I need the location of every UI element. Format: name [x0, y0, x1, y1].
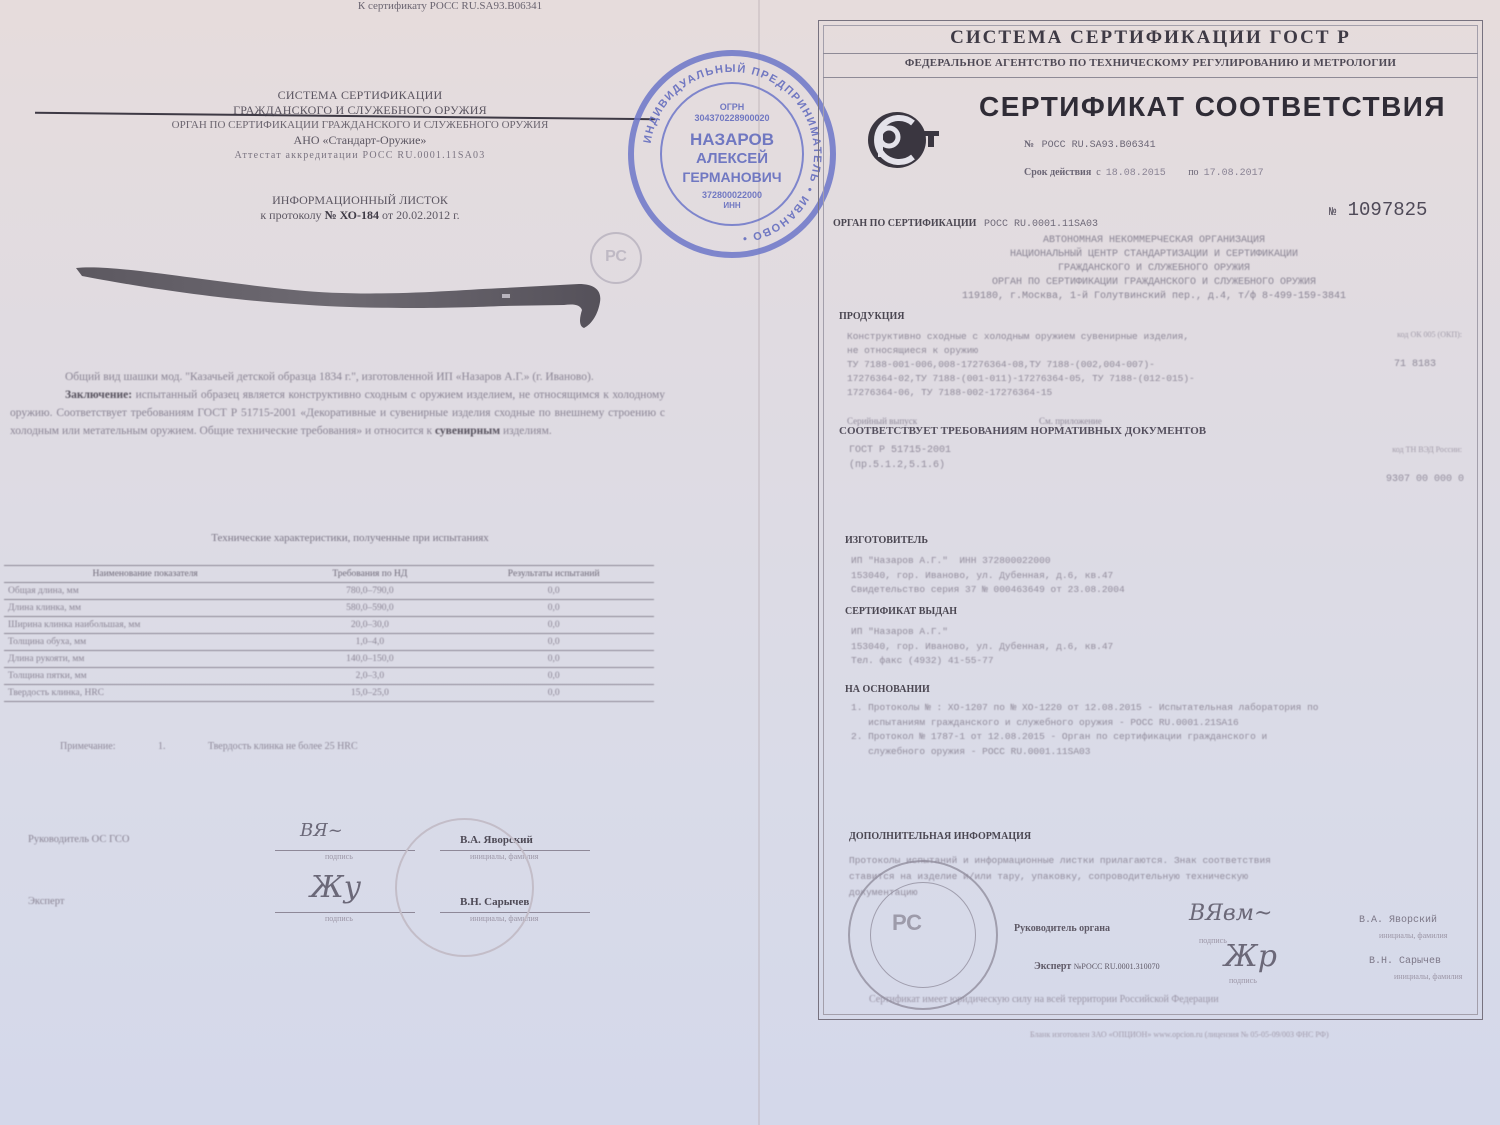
okp-value: 71 8183: [1394, 359, 1436, 370]
table-cell: 780,0–790,0: [286, 583, 453, 600]
rst-logo-icon: [867, 111, 947, 169]
head-sign-sub: подпись: [325, 852, 353, 861]
table-cell: 0,0: [453, 668, 654, 685]
basis-details: 1. Протоколы № : ХО-1207 по № ХО-1220 от…: [851, 701, 1318, 759]
product-line-5: 17276364-06, ТУ 7188-002-17276364-15: [847, 386, 1467, 400]
manufacturer-details: ИП "Назаров А.Г." ИНН 372800022000153040…: [851, 554, 1125, 598]
table-cell: 0,0: [453, 617, 654, 634]
cert-number-label: №: [1024, 139, 1034, 150]
issued-details: ИП "Назаров А.Г."153040, гор. Иваново, у…: [851, 625, 1113, 669]
header-line-5: Аттестат аккредитации РОСС RU.0001.11SA0…: [150, 148, 570, 163]
head-sign-label: Руководитель ОС ГСО: [28, 834, 129, 845]
organ-round-stamp: РС: [848, 860, 998, 1010]
basis-line-1: 1. Протоколы № : ХО-1207 по № ХО-1220 от…: [851, 701, 1318, 716]
seal-name-3: ГЕРМАНОВИЧ: [634, 169, 830, 185]
basis-line-4: служебного оружия - РОСС RU.0001.11SA03: [851, 745, 1318, 760]
expert-label-text: Эксперт: [1034, 961, 1071, 972]
expert-label-cert: Эксперт №РОСС RU.0001.310070: [1034, 961, 1160, 972]
table-row: Ширина клинка наибольшая, мм20,0–30,00,0: [4, 617, 654, 634]
seal-inn-label: ИНН: [634, 201, 830, 210]
valid-from: 18.08.2015: [1106, 168, 1166, 179]
table-cell: 0,0: [453, 600, 654, 617]
organ-line-1: АВТОНОМНАЯ НЕКОММЕРЧЕСКАЯ ОРГАНИЗАЦИЯ: [839, 234, 1469, 248]
expert-sign-line: [275, 912, 415, 913]
expert-sign-sub: подпись: [325, 914, 353, 923]
validity-from-label: с: [1096, 167, 1100, 178]
certification-system: СИСТЕМА СЕРТИФИКАЦИИ ГОСТ Р: [819, 27, 1482, 49]
head-of-organ-label: Руководитель органа: [1014, 923, 1110, 934]
conformity-label: СООТВЕТСТВУЕТ ТРЕБОВАНИЯМ НОРМАТИВНЫХ ДО…: [839, 425, 1206, 437]
organ-code: РОСС RU.0001.11SA03: [984, 219, 1098, 230]
organ-line-2: НАЦИОНАЛЬНЫЙ ЦЕНТР СТАНДАРТИЗАЦИИ И СЕРТ…: [839, 248, 1469, 262]
saber-photo: [74, 258, 614, 338]
table-cell: 0,0: [453, 583, 654, 600]
conclusion: Заключение: испытанный образец является …: [10, 386, 665, 440]
basis-label: НА ОСНОВАНИИ: [845, 684, 930, 695]
conclusion-tail-bold: сувенирным: [435, 425, 500, 437]
blank-printer-note: Бланк изготовлен ЗАО «ОПЦИОН» www.opcion…: [1030, 1030, 1329, 1039]
seal-ogrn-label: ОГРН: [634, 102, 830, 112]
table-row: Толщина пятки, мм2,0–3,00,0: [4, 668, 654, 685]
header-rule-1: [823, 53, 1478, 54]
valid-to: 17.08.2017: [1204, 168, 1264, 179]
organ-stamp-inner: [870, 882, 976, 988]
header-line-4: АНО «Стандарт-Оружие»: [150, 133, 570, 148]
head-sign-line: [275, 850, 415, 851]
issued-line-1: ИП "Назаров А.Г.": [851, 625, 1113, 640]
table-caption: Технические характеристики, полученные п…: [110, 532, 590, 544]
head-sign-sub-cert: подпись: [1199, 936, 1227, 945]
blank-serial: № 1097825: [1329, 199, 1427, 221]
certificate-title: СЕРТИФИКАТ СООТВЕТСТВИЯ: [979, 91, 1446, 123]
table-cell: 15,0–25,0: [286, 685, 453, 702]
header-line-1: СИСТЕМА СЕРТИФИКАЦИИ: [150, 88, 570, 103]
specs-table: Наименование показателяТребования по НДР…: [4, 565, 654, 702]
seal-name-2: АЛЕКСЕЙ: [634, 150, 830, 167]
manufacturer-line-3: Свидетельство серия 37 № 000463649 от 23…: [851, 583, 1125, 598]
organ-line-4: ОРГАН ПО СЕРТИФИКАЦИИ ГРАЖДАНСКОГО И СЛУ…: [839, 276, 1469, 290]
organ-line-3: ГРАЖДАНСКОГО И СЛУЖЕБНОГО ОРУЖИЯ: [839, 262, 1469, 276]
organ-line-5: 119180, г.Москва, 1-й Голутвинский пер.,…: [839, 290, 1469, 304]
sheet-header: СИСТЕМА СЕРТИФИКАЦИИ ГРАЖДАНСКОГО И СЛУЖ…: [150, 88, 570, 163]
expert-sign-sub-cert: подпись: [1229, 976, 1257, 985]
protocol-line: к протоколу № ХО-184 от 20.02.2012 г.: [190, 208, 530, 223]
conformity-line-1: ГОСТ Р 51715-2001: [849, 443, 951, 458]
description-paragraph: Общий вид шашки мод. "Казачьей детской о…: [10, 368, 665, 440]
info-title-text: ИНФОРМАЦИОННЫЙ ЛИСТОК: [190, 193, 530, 208]
table-row: Длина рукояти, мм140,0–150,00,0: [4, 651, 654, 668]
certificate-number: № РОСС RU.SA93.В06341: [1024, 139, 1156, 151]
table-header-1: Требования по НД: [286, 566, 453, 583]
table-row: Общая длина, мм780,0–790,00,0: [4, 583, 654, 600]
conformity-docs: ГОСТ Р 51715-2001 (пр.5.1.2,5.1.6): [849, 443, 951, 473]
table-header-0: Наименование показателя: [4, 566, 286, 583]
table-row: Твердость клинка, HRC15,0–25,00,0: [4, 685, 654, 702]
issued-line-2: 153040, гор. Иваново, ул. Дубенная, д.6,…: [851, 640, 1113, 655]
agency-name: ФЕДЕРАЛЬНОЕ АГЕНТСТВО ПО ТЕХНИЧЕСКОМУ РЕ…: [819, 57, 1482, 69]
header-line-3: ОРГАН ПО СЕРТИФИКАЦИИ ГРАЖДАНСКОГО И СЛУ…: [150, 118, 570, 133]
table-cell: Общая длина, мм: [4, 583, 286, 600]
table-cell: 2,0–3,0: [286, 668, 453, 685]
head-name-sub-cert: инициалы, фамилия: [1379, 931, 1447, 940]
table-cell: Ширина клинка наибольшая, мм: [4, 617, 286, 634]
protocol-number: № ХО-184: [325, 208, 379, 222]
product-line-4: 17276364-02,ТУ 7188-(001-011)-17276364-0…: [847, 372, 1467, 386]
note: Примечание: 1. Твердость клинка не более…: [60, 741, 398, 752]
product-label: ПРОДУКЦИЯ: [839, 311, 904, 322]
note-label: Примечание:: [60, 741, 115, 752]
additional-info-label: ДОПОЛНИТЕЛЬНАЯ ИНФОРМАЦИЯ: [849, 831, 1031, 842]
table-cell: 0,0: [453, 685, 654, 702]
note-text: Твердость клинка не более 25 HRC: [208, 741, 358, 752]
organ-stamp-rc-icon: РС: [892, 910, 922, 936]
seal-name-1: НАЗАРОВ: [634, 130, 830, 150]
tnved-label: код ТН ВЭД России:: [1392, 445, 1462, 454]
serial-value: 1097825: [1348, 199, 1428, 221]
head-of-organ-signature: ВЯвм~: [1189, 901, 1272, 926]
table-header-2: Результаты испытаний: [453, 566, 654, 583]
expert-name-sub-cert: инициалы, фамилия: [1394, 972, 1462, 981]
expert-signature-cert: Жр: [1224, 939, 1277, 974]
issued-label: СЕРТИФИКАТ ВЫДАН: [845, 606, 957, 617]
okp-label: код ОК 005 (ОКП):: [1397, 330, 1462, 339]
expert-name-cert: В.Н. Сарычев: [1369, 956, 1441, 967]
organ-line: ОРГАН ПО СЕРТИФИКАЦИИ РОСС RU.0001.11SA0…: [833, 218, 1098, 230]
table-cell: 1,0–4,0: [286, 634, 453, 651]
manufacturer-line-2: 153040, гор. Иваново, ул. Дубенная, д.6,…: [851, 569, 1125, 584]
table-cell: Длина рукояти, мм: [4, 651, 286, 668]
product-line-3: ТУ 7188-001-006,008-17276364-08,ТУ 7188-…: [847, 358, 1467, 372]
table-cell: Толщина пятки, мм: [4, 668, 286, 685]
info-title: ИНФОРМАЦИОННЫЙ ЛИСТОК к протоколу № ХО-1…: [190, 193, 530, 223]
cert-number-value: РОСС RU.SA93.В06341: [1042, 140, 1156, 151]
manufacturer-label: ИЗГОТОВИТЕЛЬ: [845, 535, 928, 546]
table-cell: Твердость клинка, HRC: [4, 685, 286, 702]
conclusion-label: Заключение:: [65, 389, 132, 401]
product-line-1: Конструктивно сходные с холодным оружием…: [847, 330, 1467, 344]
tnved-value: 9307 00 000 0: [1386, 474, 1464, 485]
table-cell: 140,0–150,0: [286, 651, 453, 668]
validity-to-label: по: [1188, 167, 1198, 178]
product-line-2: не относящиеся к оружию: [847, 344, 1467, 358]
protocol-date: от 20.02.2012 г.: [382, 208, 460, 222]
basis-line-3: 2. Протокол № 1787-1 от 12.08.2015 - Орг…: [851, 730, 1318, 745]
basis-line-2: испытаниям гражданского и служебного ору…: [851, 716, 1318, 731]
faint-round-stamp: [395, 818, 534, 957]
conformity-line-2: (пр.5.1.2,5.1.6): [849, 458, 951, 473]
table-cell: 20,0–30,0: [286, 617, 453, 634]
expert-signature: Жу: [310, 870, 361, 905]
seal-ogrn: 304370228900020: [634, 113, 830, 123]
validity-label: Срок действия: [1024, 167, 1091, 178]
table-cell: Толщина обуха, мм: [4, 634, 286, 651]
expert-sign-label: Эксперт: [28, 896, 64, 907]
issued-line-3: Тел. факс (4932) 41-55-77: [851, 654, 1113, 669]
validity-period: Срок действия с 18.08.2015 по 17.08.2017: [1024, 167, 1264, 179]
head-of-organ-name: В.А. Яворский: [1359, 915, 1437, 926]
organ-label: ОРГАН ПО СЕРТИФИКАЦИИ: [833, 218, 976, 229]
table-cell: 0,0: [453, 651, 654, 668]
header-rule-2: [823, 77, 1478, 78]
organ-details: АВТОНОМНАЯ НЕКОММЕРЧЕСКАЯ ОРГАНИЗАЦИЯ НА…: [839, 234, 1469, 304]
table-row: Длина клинка, мм580,0–590,00,0: [4, 600, 654, 617]
seal-inn: 372800022000: [634, 190, 830, 200]
note-number: 1.: [158, 741, 166, 752]
manufacturer-line-1: ИП "Назаров А.Г." ИНН 372800022000: [851, 554, 1125, 569]
product-details: Конструктивно сходные с холодным оружием…: [847, 330, 1467, 400]
conclusion-tail: изделиям.: [503, 425, 552, 437]
table-cell: Длина клинка, мм: [4, 600, 286, 617]
table-cell: 0,0: [453, 634, 654, 651]
serial-label: №: [1329, 205, 1336, 219]
table-cell: 580,0–590,0: [286, 600, 453, 617]
head-signature: ВЯ~: [300, 820, 343, 841]
protocol-prefix: к протоколу: [260, 208, 321, 222]
table-row: Толщина обуха, мм1,0–4,00,0: [4, 634, 654, 651]
expert-code: №РОСС RU.0001.310070: [1074, 962, 1160, 971]
certificate-reference: К сертификату РОСС RU.SA93.В06341: [300, 0, 600, 12]
blue-seal-stamp: ИНДИВИДУАЛЬНЫЙ ПРЕДПРИНИМАТЕЛЬ • ИВАНОВО…: [628, 50, 836, 258]
description-lead: Общий вид шашки мод. "Казачьей детской о…: [10, 368, 665, 386]
